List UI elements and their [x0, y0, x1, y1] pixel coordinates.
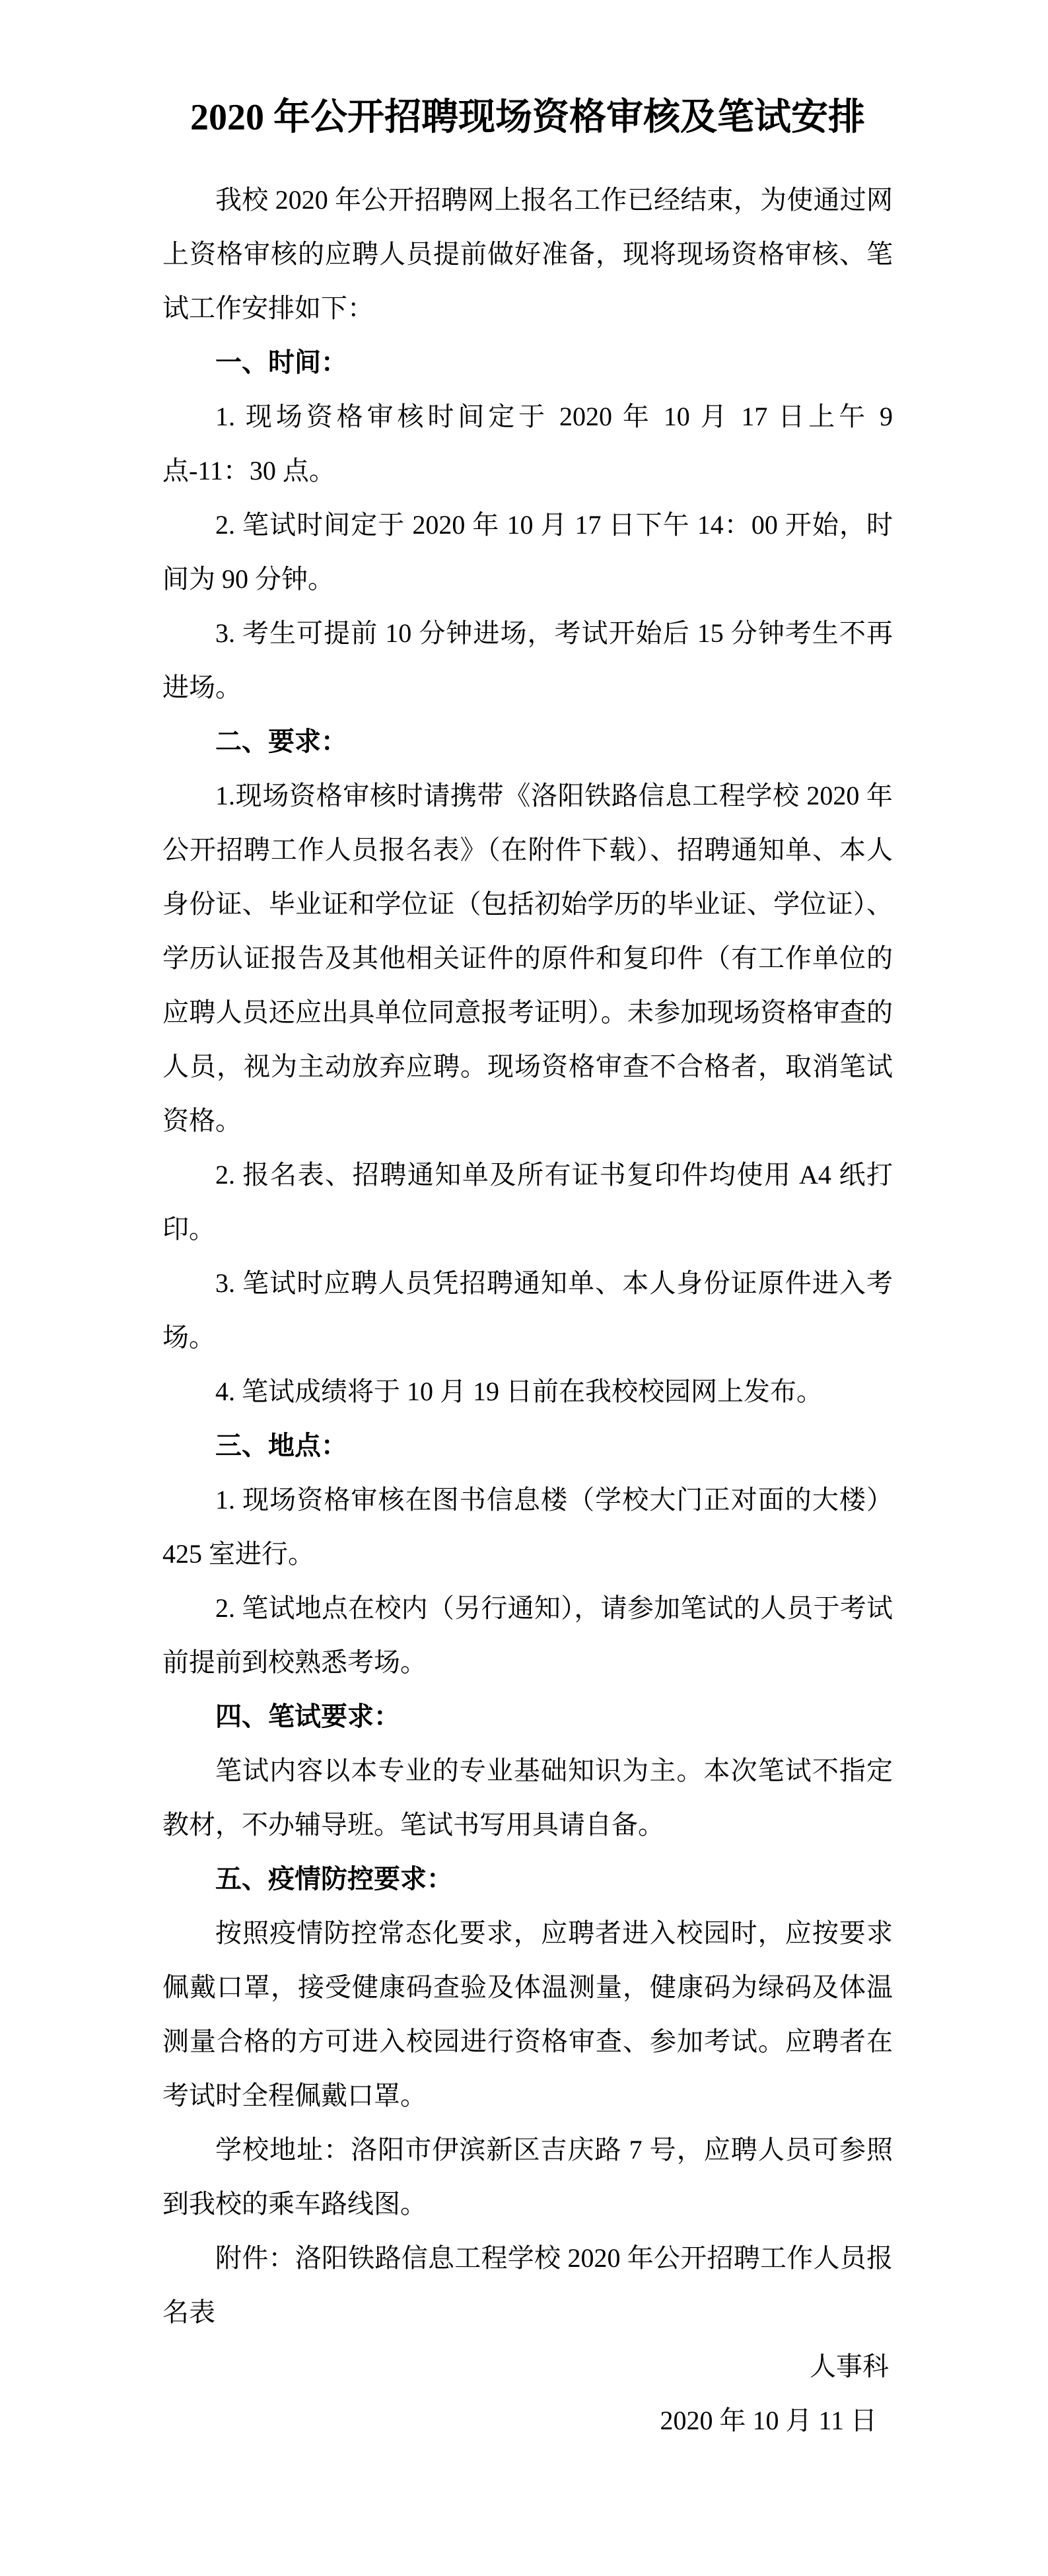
paragraph: 学校地址：洛阳市伊滨新区吉庆路 7 号，应聘人员可参照到我校的乘车路线图。: [162, 2123, 893, 2231]
paragraph: 1. 现场资格审核在图书信息楼（学校大门正对面的大楼）425 室进行。: [162, 1473, 893, 1581]
paragraph: 4. 笔试成绩将于 10 月 19 日前在我校校园网上发布。: [162, 1365, 893, 1419]
date-line: 2020 年 10 月 11 日: [162, 2394, 893, 2448]
signature-line: 人事科: [162, 2340, 893, 2394]
paragraph: 附件：洛阳铁路信息工程学校 2020 年公开招聘工作人员报名表: [162, 2231, 893, 2340]
section-heading: 四、笔试要求：: [162, 1690, 893, 1744]
paragraph: 我校 2020 年公开招聘网上报名工作已经结束，为使通过网上资格审核的应聘人员提…: [162, 173, 893, 336]
document-title: 2020 年公开招聘现场资格审核及笔试安排: [162, 88, 893, 147]
paragraph: 按照疫情防控常态化要求，应聘者进入校园时，应按要求佩戴口罩，接受健康码查验及体温…: [162, 1906, 893, 2123]
paragraph: 2. 报名表、招聘通知单及所有证书复印件均使用 A4 纸打印。: [162, 1148, 893, 1256]
paragraph: 2. 笔试地点在校内（另行通知），请参加笔试的人员于考试前提前到校熟悉考场。: [162, 1581, 893, 1690]
section-heading: 三、地点：: [162, 1419, 893, 1473]
paragraph: 3. 笔试时应聘人员凭招聘通知单、本人身份证原件进入考场。: [162, 1256, 893, 1365]
section-heading: 五、疫情防控要求：: [162, 1852, 893, 1906]
section-heading: 二、要求：: [162, 715, 893, 769]
document-page: 2020 年公开招聘现场资格审核及笔试安排 我校 2020 年公开招聘网上报名工…: [0, 0, 1048, 2576]
section-heading: 一、时间：: [162, 336, 893, 390]
paragraph: 3. 考生可提前 10 分钟进场，考试开始后 15 分钟考生不再进场。: [162, 606, 893, 715]
paragraph: 2. 笔试时间定于 2020 年 10 月 17 日下午 14：00 开始，时间…: [162, 498, 893, 606]
paragraph: 1. 现场资格审核时间定于 2020 年 10 月 17 日上午 9 点-11：…: [162, 390, 893, 498]
document-body: 我校 2020 年公开招聘网上报名工作已经结束，为使通过网上资格审核的应聘人员提…: [162, 173, 893, 2448]
paragraph: 1.现场资格审核时请携带《洛阳铁路信息工程学校 2020 年公开招聘工作人员报名…: [162, 769, 893, 1148]
paragraph: 笔试内容以本专业的专业基础知识为主。本次笔试不指定教材，不办辅导班。笔试书写用具…: [162, 1744, 893, 1852]
